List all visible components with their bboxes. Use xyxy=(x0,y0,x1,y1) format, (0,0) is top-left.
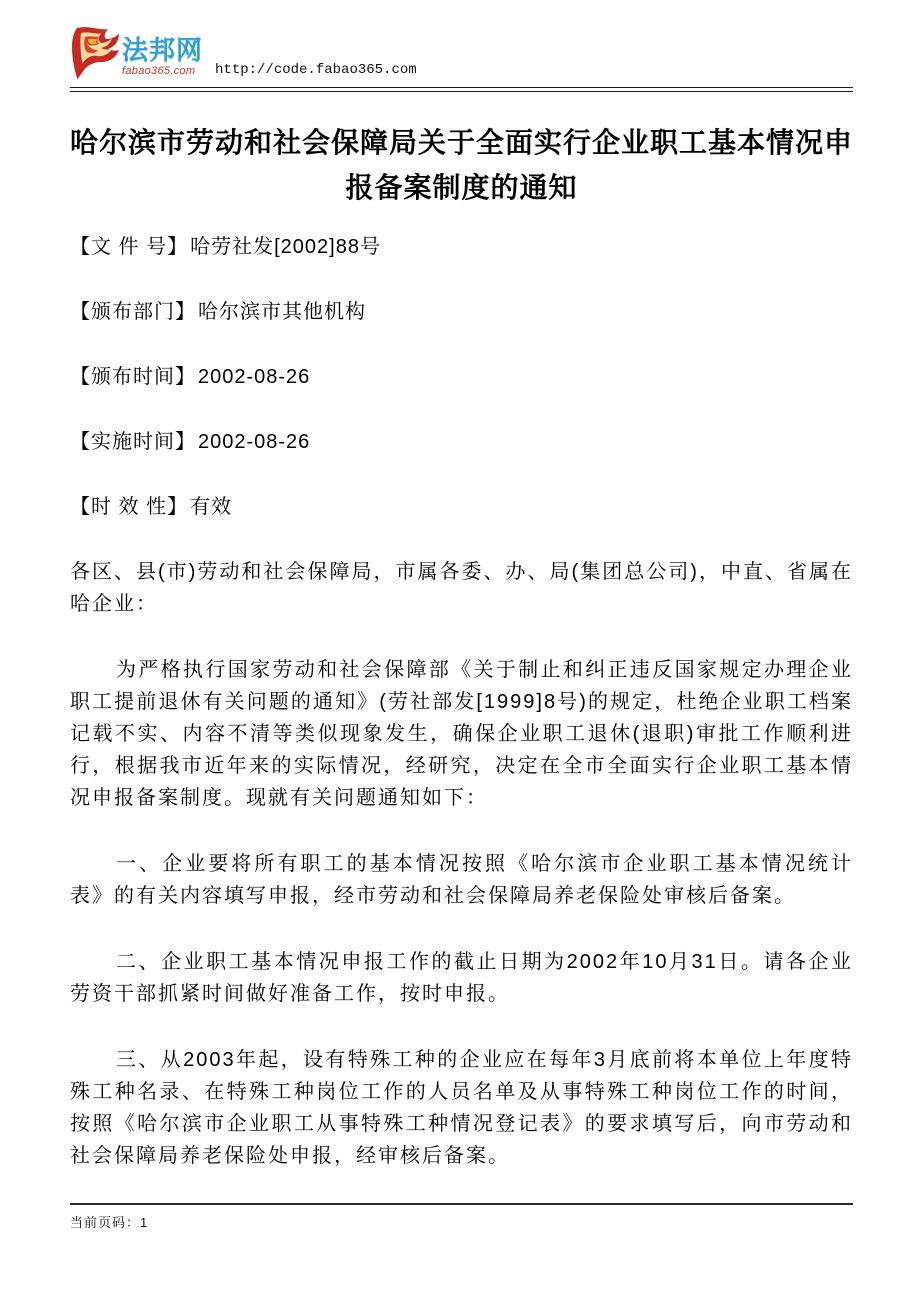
brand-name: 法邦网 xyxy=(122,35,203,65)
paragraph-addressees: 各区、县(市)劳动和社会保障局，市属各委、办、局(集团总公司)，中直、省属在哈企… xyxy=(70,556,853,620)
meta-row-validity: 【时 效 性】有效 xyxy=(70,496,853,518)
page-footer: 当前页码：1 xyxy=(70,1203,853,1231)
paragraph-item-1: 一、企业要将所有职工的基本情况按照《哈尔滨市企业职工基本情况统计表》的有关内容填… xyxy=(70,848,853,912)
meta-value: 哈劳社发[2002]88号 xyxy=(190,236,381,258)
meta-row-issuing-department: 【颁布部门】哈尔滨市其他机构 xyxy=(70,301,853,323)
meta-label: 【时 效 性】 xyxy=(70,496,188,518)
footer-divider xyxy=(70,1203,853,1205)
paragraph-item-3: 三、从2003年起，设有特殊工种的企业应在每年3月底前将本单位上年度特殊工种名录… xyxy=(70,1044,853,1172)
document-meta: 【文 件 号】哈劳社发[2002]88号 【颁布部门】哈尔滨市其他机构 【颁布时… xyxy=(70,236,853,518)
page-number-label: 当前页码：1 xyxy=(70,1212,853,1231)
meta-row-effective-date: 【实施时间】2002-08-26 xyxy=(70,431,853,453)
page-header: 法邦网 fabao365.com http://code.fabao365.co… xyxy=(70,27,853,80)
meta-value: 2002-08-26 xyxy=(198,366,310,388)
document-body: 各区、县(市)劳动和社会保障局，市属各委、办、局(集团总公司)，中直、省属在哈企… xyxy=(70,556,853,1172)
paragraph-item-2: 二、企业职工基本情况申报工作的截止日期为2002年10月31日。请各企业劳资干部… xyxy=(70,946,853,1010)
meta-label: 【文 件 号】 xyxy=(70,236,188,258)
document-title: 哈尔滨市劳动和社会保障局关于全面实行企业职工基本情况申报备案制度的通知 xyxy=(70,120,853,210)
meta-label: 【颁布时间】 xyxy=(70,366,196,388)
paragraph-preamble: 为严格执行国家劳动和社会保障部《关于制止和纠正违反国家规定办理企业职工提前退休有… xyxy=(70,654,853,814)
brand-text: 法邦网 fabao365.com xyxy=(122,27,203,78)
document-page: 法邦网 fabao365.com http://code.fabao365.co… xyxy=(0,0,920,1302)
meta-value: 哈尔滨市其他机构 xyxy=(198,301,366,323)
fabao-logo: 法邦网 fabao365.com xyxy=(70,27,203,80)
meta-row-issue-date: 【颁布时间】2002-08-26 xyxy=(70,366,853,388)
meta-row-file-number: 【文 件 号】哈劳社发[2002]88号 xyxy=(70,236,853,258)
meta-value: 有效 xyxy=(190,496,232,518)
flame-flag-icon xyxy=(70,27,120,80)
brand-domain: fabao365.com xyxy=(122,65,203,78)
meta-value: 2002-08-26 xyxy=(198,431,310,453)
meta-label: 【实施时间】 xyxy=(70,431,196,453)
header-divider xyxy=(70,87,853,92)
header-url: http://code.fabao365.com xyxy=(215,62,417,78)
meta-label: 【颁布部门】 xyxy=(70,301,196,323)
